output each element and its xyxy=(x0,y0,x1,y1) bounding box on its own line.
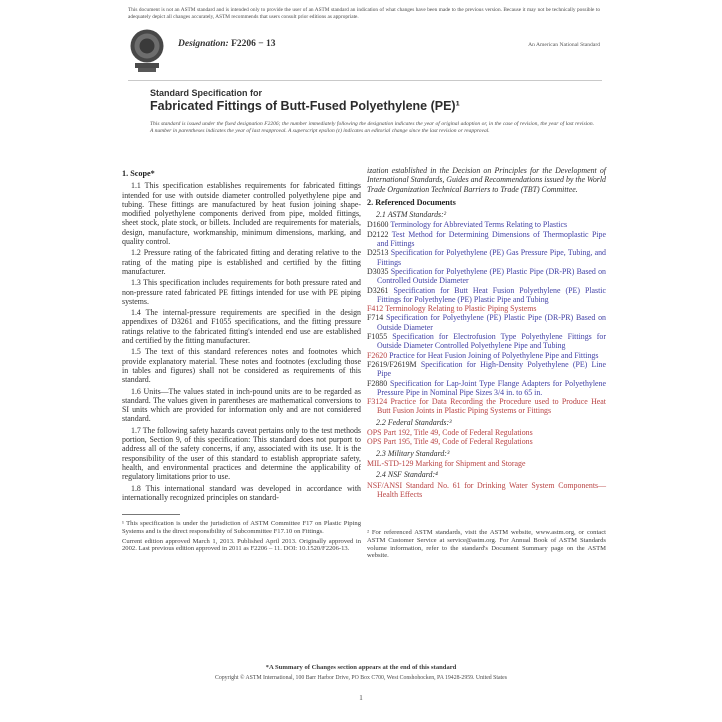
designation-value: F2206 − 13 xyxy=(231,39,275,49)
footnote-text: ¹ This specification is under the jurisd… xyxy=(122,520,361,535)
military-standard-item: MIL-STD-129 Marking for Shipment and Sto… xyxy=(367,459,606,468)
scope-paragraph: 1.4 The internal-pressure requirements a… xyxy=(122,308,361,345)
reference-title-link[interactable]: Test Method for Determining Dimensions o… xyxy=(377,230,606,248)
footnote-2: ² For referenced ASTM standards, visit t… xyxy=(367,529,606,560)
reference-designation: D3035 xyxy=(367,267,388,276)
copyright-line: Copyright © ASTM International, 100 Barr… xyxy=(110,675,612,682)
document-header: Designation: F2206 − 13 An American Nati… xyxy=(128,27,602,79)
tbt-continuation-paragraph: ization established in the Decision on P… xyxy=(367,166,606,194)
reference-designation: D1600 xyxy=(367,220,388,229)
nsf-standard-label: 2.4 NSF Standard:⁴ xyxy=(367,470,606,479)
reference-title-link[interactable]: Terminology for Abbreviated Terms Relati… xyxy=(390,220,567,229)
reference-designation: F2880 xyxy=(367,379,387,388)
reference-designation: F412 xyxy=(367,304,383,313)
reference-title-link[interactable]: Practice for Heat Fusion Joining of Poly… xyxy=(389,351,598,360)
reference-title-link[interactable]: Practice for Data Recording the Procedur… xyxy=(377,397,606,415)
scope-paragraph: 1.6 Units—The values stated in inch-poun… xyxy=(122,387,361,424)
reference-designation: F2620 xyxy=(367,351,387,360)
reference-item: F412 Terminology Relating to Plastic Pip… xyxy=(367,304,606,313)
header-rule xyxy=(128,80,602,81)
nsf-standard-list: NSF/ANSI Standard No. 61 for Drinking Wa… xyxy=(367,481,606,500)
page-number: 1 xyxy=(0,694,722,702)
scope-paragraph: 1.5 The text of this standard references… xyxy=(122,347,361,384)
american-national-standard-note: An American National Standard xyxy=(528,42,600,48)
reference-title-link[interactable]: Specification for Butt Heat Fusion Polye… xyxy=(377,286,606,304)
reference-title-link[interactable]: Terminology Relating to Plastic Piping S… xyxy=(385,304,536,313)
reference-item: D2122 Test Method for Determining Dimens… xyxy=(367,230,606,249)
federal-standards-label: 2.2 Federal Standards:³ xyxy=(367,418,606,427)
reference-title-link[interactable]: Specification for Lap-Joint Type Flange … xyxy=(377,379,606,397)
reference-title-link[interactable]: Specification for Electrofusion Type Pol… xyxy=(377,332,606,350)
title-block: Standard Specification for Fabricated Fi… xyxy=(150,88,594,135)
footnote-2-block: ² For referenced ASTM standards, visit t… xyxy=(367,529,606,560)
standard-issue-note: This standard is issued under the fixed … xyxy=(150,121,594,135)
reference-designation: F2619/F2619M xyxy=(367,360,417,369)
reference-item: D1600 Terminology for Abbreviated Terms … xyxy=(367,220,606,229)
reference-designation: D3261 xyxy=(367,286,388,295)
astm-standards-label: 2.1 ASTM Standards:² xyxy=(367,210,606,219)
federal-standards-list: OPS Part 192, Title 49, Code of Federal … xyxy=(367,428,606,447)
section-1-heading: 1. Scope* xyxy=(122,169,361,178)
redline-notice: This document is not an ASTM standard an… xyxy=(128,7,600,20)
nsf-standard-item: NSF/ANSI Standard No. 61 for Drinking Wa… xyxy=(367,481,606,500)
reference-item: F1055 Specification for Electrofusion Ty… xyxy=(367,332,606,351)
reference-designation: D2513 xyxy=(367,248,388,257)
reference-title-link[interactable]: Specification for Polyethylene (PE) Plas… xyxy=(377,313,606,331)
military-standard-list: MIL-STD-129 Marking for Shipment and Sto… xyxy=(367,459,606,468)
reference-item: F2620 Practice for Heat Fusion Joining o… xyxy=(367,351,606,360)
scope-paragraph: 1.8 This international standard was deve… xyxy=(122,484,361,503)
scope-paragraph: 1.1 This specification establishes requi… xyxy=(122,181,361,246)
right-column: ization established in the Decision on P… xyxy=(367,166,606,562)
left-column: 1. Scope* 1.1 This specification establi… xyxy=(122,166,361,555)
reference-title-link[interactable]: Specification for Polyethylene (PE) Gas … xyxy=(377,248,606,266)
reference-designation: F1055 xyxy=(367,332,387,341)
reference-item: F2619/F2619M Specification for High-Dens… xyxy=(367,360,606,379)
title-eyebrow: Standard Specification for xyxy=(150,88,594,98)
reference-item: F714 Specification for Polyethylene (PE)… xyxy=(367,313,606,332)
reference-item: D3261 Specification for Butt Heat Fusion… xyxy=(367,286,606,305)
document-page: This document is not an ASTM standard an… xyxy=(0,0,722,722)
designation-label: Designation: xyxy=(178,39,229,49)
federal-standard-item: OPS Part 192, Title 49, Code of Federal … xyxy=(367,428,606,437)
reference-designation: D2122 xyxy=(367,230,388,239)
footnote-text: Current edition approved March 1, 2013. … xyxy=(122,538,361,553)
summary-of-changes-note: *A Summary of Changes section appears at… xyxy=(0,664,722,671)
footnote-1: ¹ This specification is under the jurisd… xyxy=(122,520,361,553)
astm-references-list: D1600 Terminology for Abbreviated Terms … xyxy=(367,220,606,415)
designation-line: Designation: F2206 − 13 xyxy=(178,39,276,49)
scope-paragraphs: 1.1 This specification establishes requi… xyxy=(122,181,361,502)
footnote-rule xyxy=(122,514,180,515)
section-2-heading: 2. Referenced Documents xyxy=(367,198,606,207)
reference-designation: F3124 xyxy=(367,397,387,406)
reference-item: F2880 Specification for Lap-Joint Type F… xyxy=(367,379,606,398)
astm-logo-icon xyxy=(128,27,168,82)
military-standard-label: 2.3 Military Standard:³ xyxy=(367,449,606,458)
page-title: Fabricated Fittings of Butt-Fused Polyet… xyxy=(150,99,594,113)
reference-item: D3035 Specification for Polyethylene (PE… xyxy=(367,267,606,286)
reference-designation: F714 xyxy=(367,313,383,322)
reference-item: F3124 Practice for Data Recording the Pr… xyxy=(367,397,606,416)
scope-paragraph: 1.7 The following safety hazards caveat … xyxy=(122,426,361,482)
scope-paragraph: 1.2 Pressure rating of the fabricated fi… xyxy=(122,248,361,276)
reference-item: D2513 Specification for Polyethylene (PE… xyxy=(367,248,606,267)
scope-paragraph: 1.3 This specification includes requirem… xyxy=(122,278,361,306)
federal-standard-item: OPS Part 195, Title 49, Code of Federal … xyxy=(367,437,606,446)
reference-title-link[interactable]: Specification for Polyethylene (PE) Plas… xyxy=(377,267,606,285)
